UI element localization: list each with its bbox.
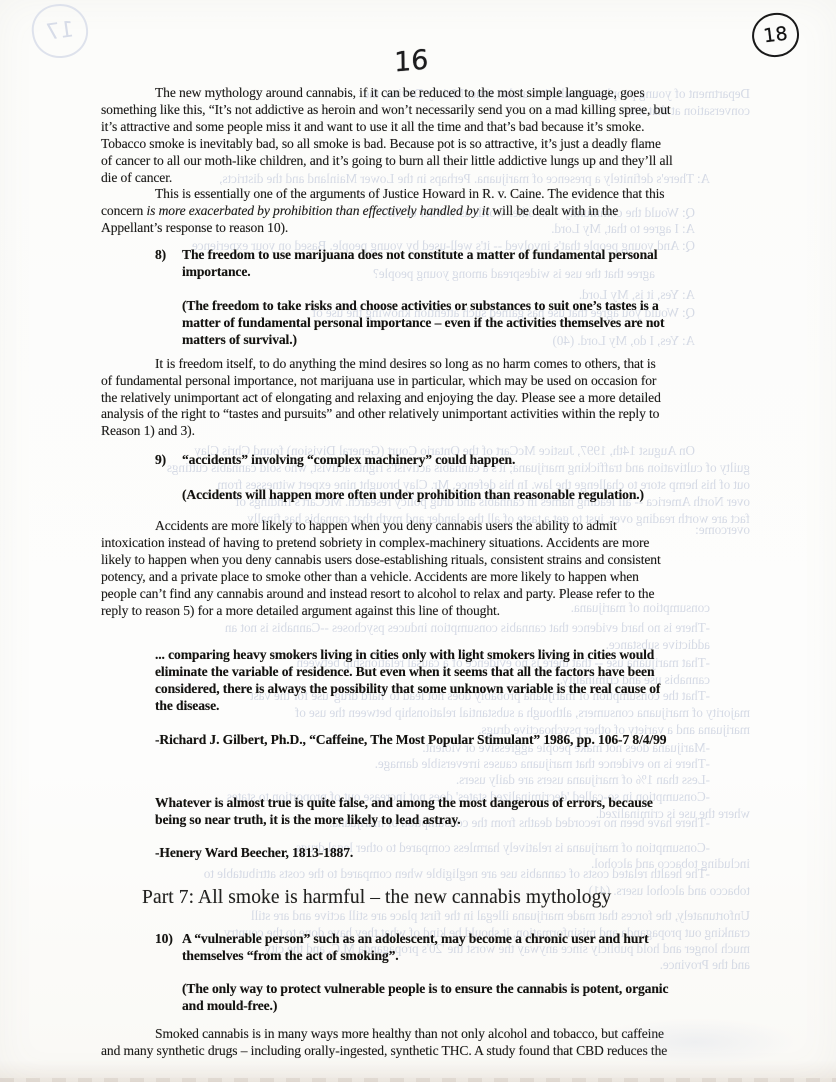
scan-bottom-edge-artifact: [0, 1078, 836, 1082]
reason-10-number: 10): [155, 931, 182, 965]
paragraph-freedom: It is freedom itself, to do anything the…: [101, 356, 809, 441]
paragraph-caine-argument: This is essentially one of the arguments…: [101, 186, 809, 237]
reason-8-number: 8): [155, 247, 182, 281]
gilbert-quote: ... comparing heavy smokers living in ci…: [155, 630, 795, 765]
reason-10-claim: A “vulnerable person” such as an adolesc…: [182, 931, 742, 965]
paragraph-accidents: Accidents are more likely to happen when…: [101, 518, 809, 619]
bleedthrough-circled-page-number-text: 17: [44, 17, 75, 46]
reason-9: 9) “accidents” involving “complex machin…: [155, 452, 809, 469]
paragraph-mythology: The new mythology around cannabis, if it…: [101, 85, 809, 186]
beecher-quote: Whatever is almost true is quite false, …: [155, 778, 795, 879]
circled-page-number: 18: [749, 10, 801, 59]
reason-8: 8) The freedom to use marijuana does not…: [155, 247, 809, 281]
gilbert-quote-attribution: -Richard J. Gilbert, Ph.D., “Caffeine, T…: [155, 732, 795, 749]
bleedthrough-circled-page-number: 17: [29, 0, 92, 61]
reason-10-rebuttal: (The only way to protect vulnerable peop…: [182, 981, 742, 1015]
reason-10: 10) A “vulnerable person” such as an ado…: [155, 931, 809, 965]
reason-9-number: 9): [155, 452, 182, 469]
reason-9-claim: “accidents” involving “complex machinery…: [182, 452, 742, 469]
reason-8-rebuttal: (The freedom to take risks and choose ac…: [182, 298, 742, 349]
handwritten-page-number: 16: [394, 44, 429, 78]
beecher-quote-text: Whatever is almost true is quite false, …: [155, 795, 795, 829]
reason-8-claim: The freedom to use marijuana does not co…: [182, 247, 742, 281]
beecher-quote-attribution: -Henery Ward Beecher, 1813-1887.: [155, 845, 795, 862]
part-7-heading: Part 7: All smoke is harmful – the new c…: [142, 884, 809, 912]
scanned-document-page: 17 Department of young people, consultat…: [0, 0, 836, 1082]
document-body: The new mythology around cannabis, if it…: [101, 85, 809, 1060]
circled-page-number-text: 18: [762, 23, 789, 48]
gilbert-quote-text: ... comparing heavy smokers living in ci…: [155, 647, 795, 715]
caine-italic-phrase: is more exacerbated by prohibition than …: [146, 203, 489, 218]
scan-smudge-artifact: [590, 1018, 800, 1066]
reason-9-rebuttal: (Accidents will happen more often under …: [182, 487, 742, 504]
